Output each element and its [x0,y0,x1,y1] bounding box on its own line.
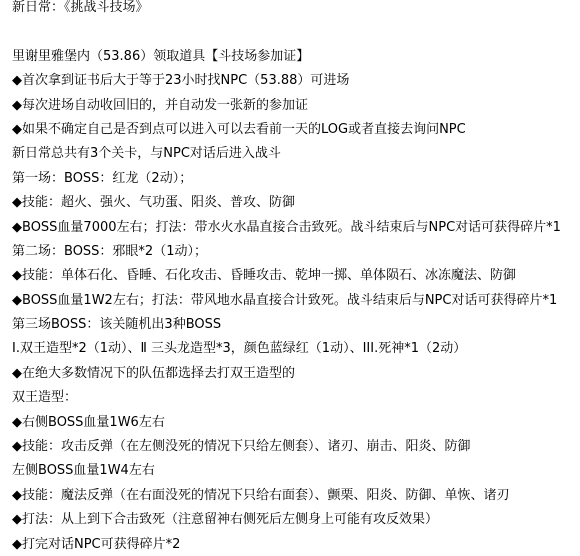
text-line-entry-rule: ◆首次拿到证书后大于等于23小时找NPC（53.88）可进场 [12,69,580,93]
text-line-item-location: 里谢里雅堡内（53.86）领取道具【斗技场参加证】 [12,45,580,69]
left-boss-hp: 左侧BOSS血量1W4左右 [12,459,580,483]
twin-kings-strategy: ◆打法：从上到下合击致死（注意留神右侧死后左侧身上可能有攻反效果） [12,508,580,532]
stage-1-heading: 第一场：BOSS：红龙（2动）； [12,167,580,191]
guide-document: 新日常：《挑战斗技场》 里谢里雅堡内（53.86）领取道具【斗技场参加证】 ◆首… [12,0,580,556]
right-boss-skills: ◆技能：攻击反弹（在左侧没死的情况下只给左侧套）、诸刃、崩击、阳炎、防御 [12,435,580,459]
stage-2-heading: 第二场：BOSS：邪眼*2（1动）； [12,240,580,264]
text-line-pass-renewal: ◆每次进场自动收回旧的，并自动发一张新的参加证 [12,94,580,118]
text-line-stage-count: 新日常总共有3个关卡，与NPC对话后进入战斗 [12,142,580,166]
stage-1-strategy: ◆BOSS血量7000左右；打法：带水火水晶直接合击致死。战斗结束后与NPC对话… [12,216,580,240]
blank-line [12,20,580,44]
stage-1-skills: ◆技能：超火、强火、气功蛋、阳炎、普攻、防御 [12,191,580,215]
twin-kings-heading: 双王造型： [12,386,580,410]
document-title: 新日常：《挑战斗技场》 [12,0,580,20]
stage-3-common-choice: ◆在绝大多数情况下的队伍都选择去打双王造型的 [12,362,580,386]
stage-2-strategy: ◆BOSS血量1W2左右；打法：带风地水晶直接合计致死。战斗结束后与NPC对话可… [12,289,580,313]
stage-3-heading: 第三场BOSS：该关随机出3种BOSS [12,313,580,337]
text-line-check-log: ◆如果不确定自己是否到点可以进入可以去看前一天的LOG或者直接去询问NPC [12,118,580,142]
left-boss-skills: ◆技能：魔法反弹（在右面没死的情况下只给右面套）、颤栗、阳炎、防御、单恢、诸刃 [12,484,580,508]
twin-kings-reward: ◆打完对话NPC可获得碎片*2 [12,533,580,556]
right-boss-hp: ◆右侧BOSS血量1W6左右 [12,411,580,435]
stage-2-skills: ◆技能：单体石化、昏睡、石化攻击、昏睡攻击、乾坤一掷、单体陨石、冰冻魔法、防御 [12,264,580,288]
stage-3-boss-options: I.双王造型*2（1动）、Ⅱ 三头龙造型*3，颜色蓝绿红（1动）、III.死神*… [12,337,580,361]
